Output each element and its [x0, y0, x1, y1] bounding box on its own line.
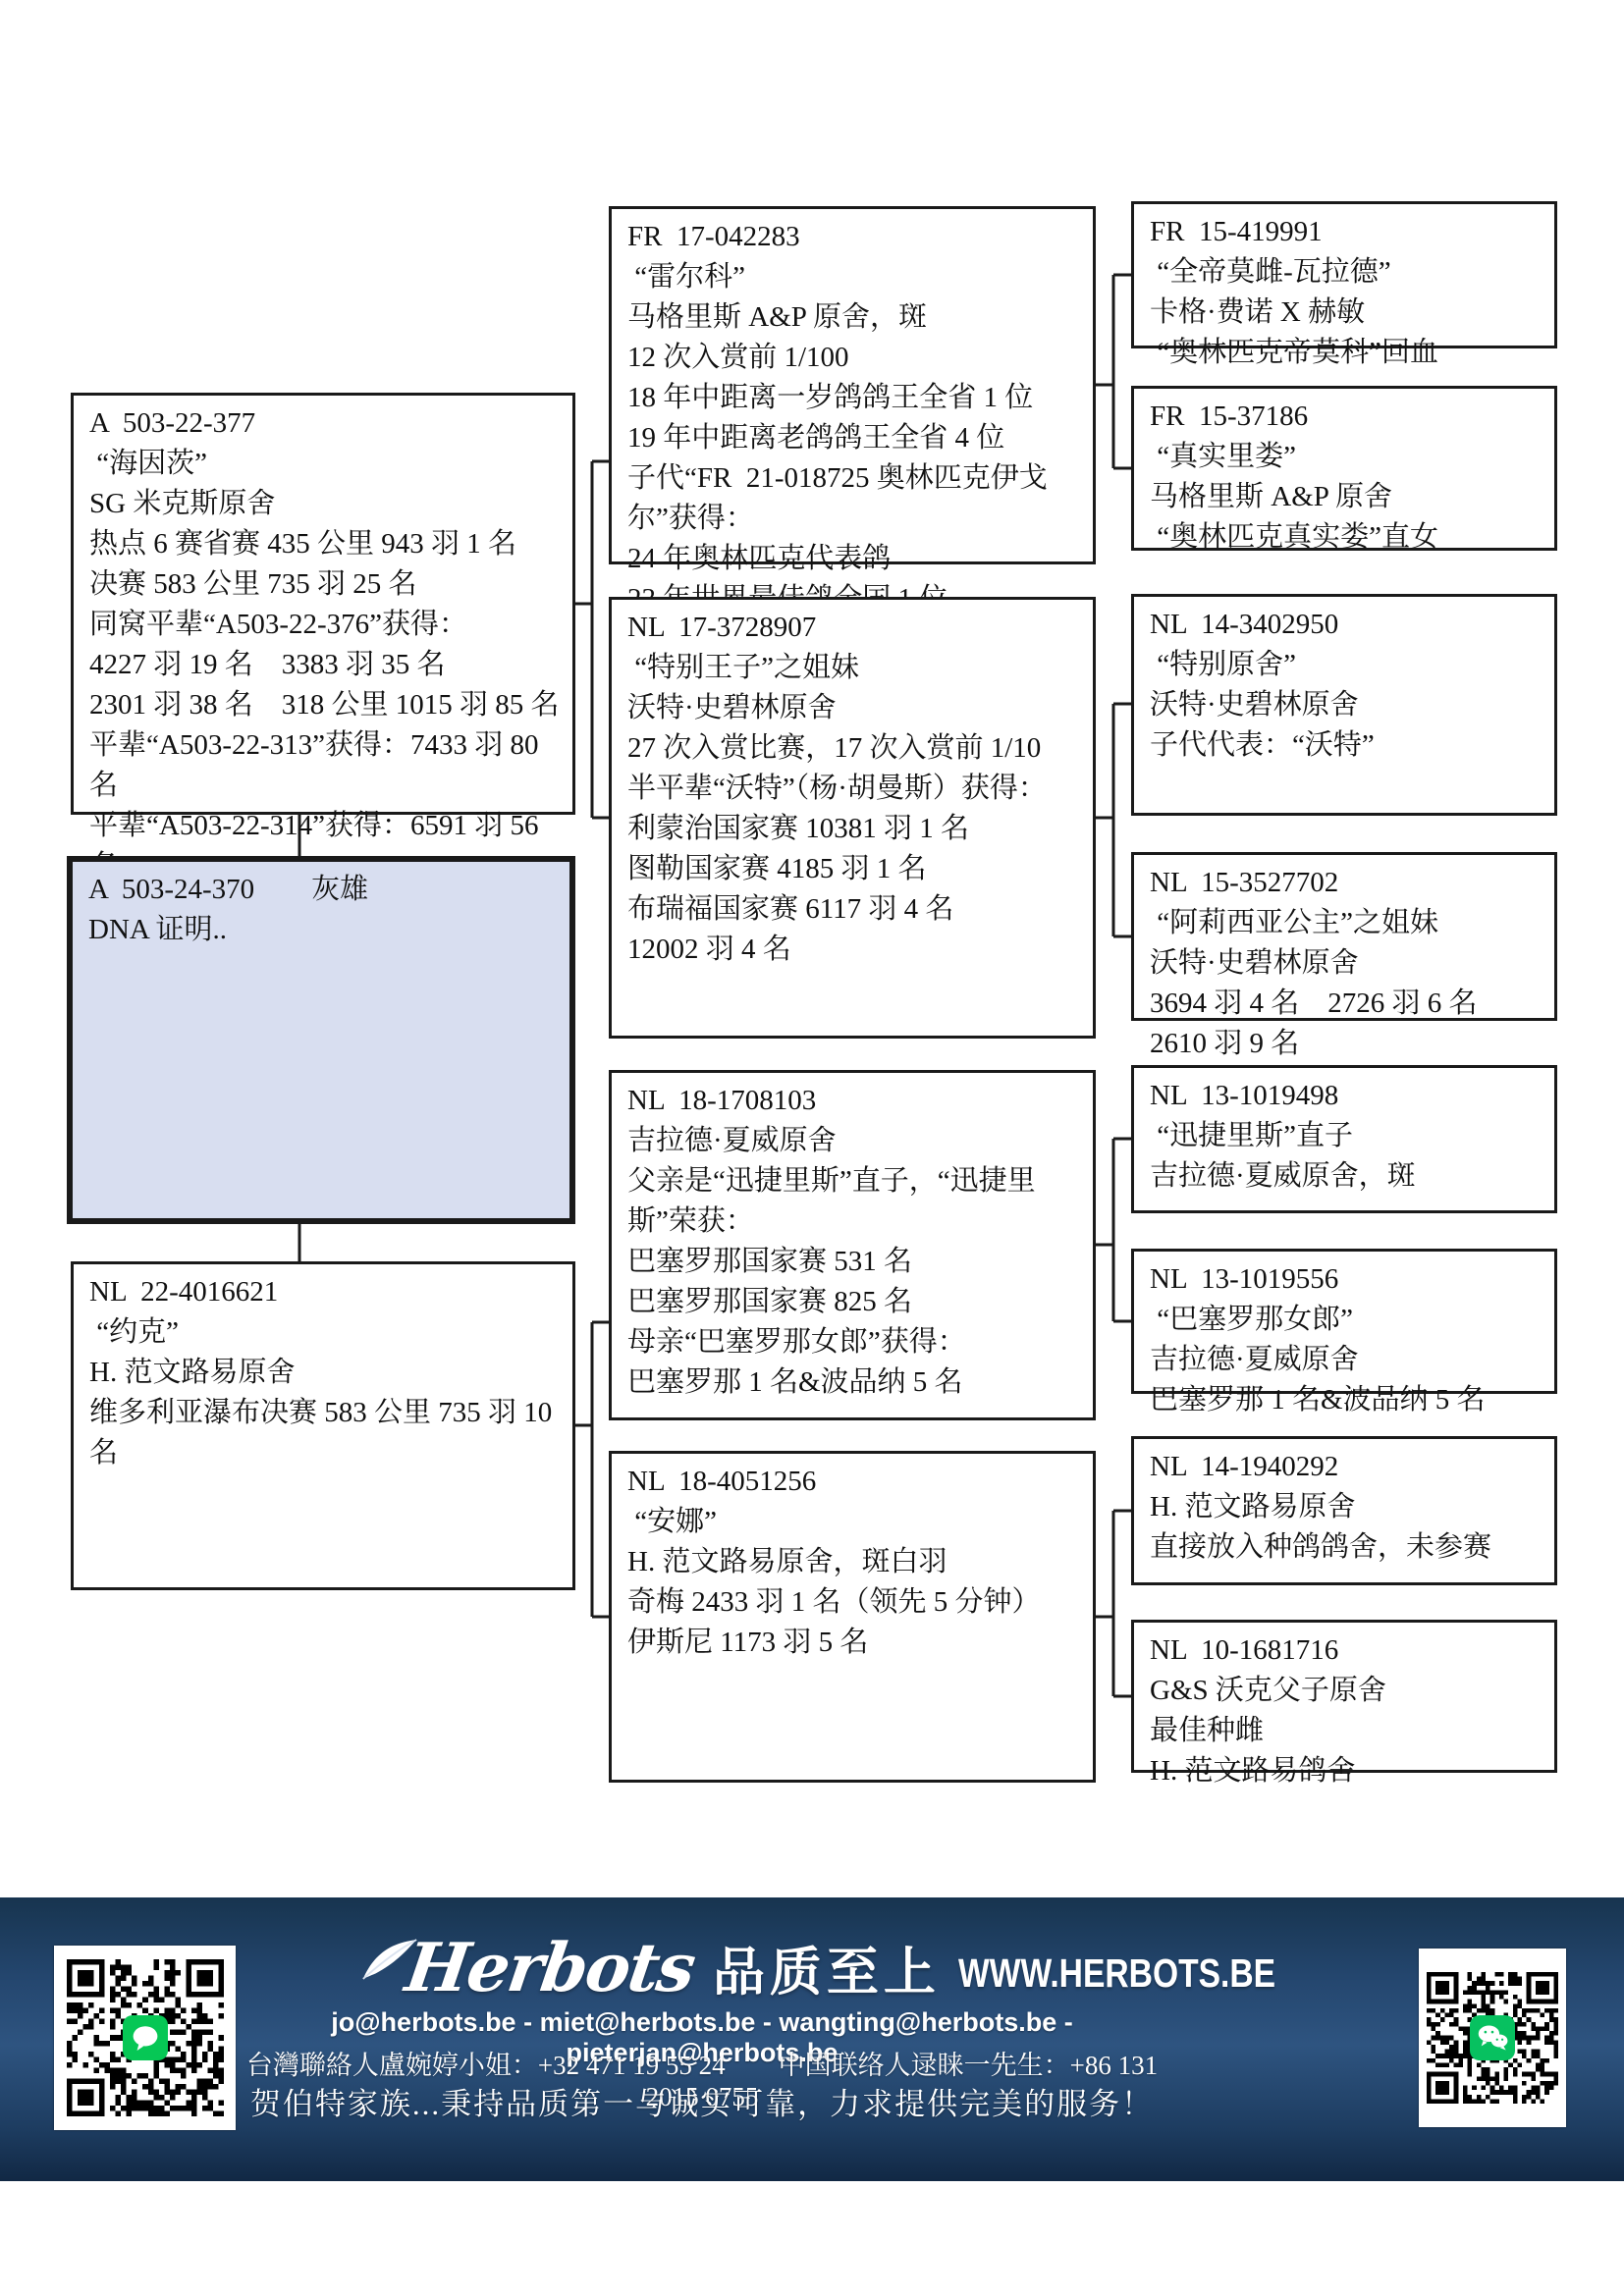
pedigree-text-line: 利蒙治国家赛 10381 羽 1 名: [627, 809, 1083, 849]
pedigree-text-line: 母亲“巴塞罗那女郎”获得：: [627, 1322, 1083, 1362]
pedigree-text-line: NL 14-1940292: [1150, 1447, 1544, 1487]
pedigree-text-line: G&S 沃克父子原舍: [1150, 1671, 1544, 1711]
line-app-icon: [123, 2015, 168, 2060]
pedigree-text-line: 3694 羽 4 名 2726 羽 6 名 2610 羽 9 名: [1150, 984, 1544, 1064]
pedigree-text-line: 最佳种雌: [1150, 1711, 1544, 1751]
qr-code-left: [54, 1946, 236, 2130]
pedigree-text-line: 27 次入赏比赛，17 次入赏前 1/10: [627, 728, 1083, 769]
brand-slogan: 品质至上: [713, 1931, 941, 2005]
pedigree-text-line: 巴塞罗那国家赛 531 名: [627, 1242, 1083, 1282]
pedigree-text-line: 马格里斯 A&P 原舍，斑: [627, 297, 1083, 338]
pedigree-text-line: 半平辈“沃特”（杨·胡曼斯）获得：: [627, 769, 1083, 809]
pedigree-text-line: “约克”: [89, 1312, 563, 1353]
pedigree-text-line: “特别王子”之姐妹: [627, 648, 1083, 688]
pedigree-box-ggp-8: NL 10-1681716G&S 沃克父子原舍最佳种雌H. 范文路易鸽舍: [1131, 1620, 1557, 1773]
pedigree-text-line: 巴塞罗那 1 名&波品纳 5 名: [1150, 1380, 1544, 1420]
pedigree-text-line: NL 13-1019556: [1150, 1259, 1544, 1300]
pedigree-text-line: 吉拉德·夏威原舍: [1150, 1340, 1544, 1380]
qr-code-right: [1419, 1949, 1566, 2127]
pedigree-text-line: 伊斯尼 1173 羽 5 名: [627, 1623, 1083, 1663]
pedigree-text-line: H. 范文路易原舍: [89, 1353, 563, 1393]
pedigree-text-line: FR 15-419991: [1150, 212, 1544, 252]
pedigree-box-granddam-maternal: NL 18-4051256 “安娜”H. 范文路易原舍，斑白羽奇梅 2433 羽…: [609, 1451, 1096, 1783]
pedigree-text-line: 12 次入赏前 1/100: [627, 338, 1083, 378]
pedigree-text-line: 4227 羽 19 名 3383 羽 35 名: [89, 645, 563, 685]
pedigree-text-line: NL 10-1681716: [1150, 1630, 1544, 1671]
wechat-icon: [1470, 2015, 1515, 2060]
pedigree-text-line: 图勒国家赛 4185 羽 1 名: [627, 849, 1083, 889]
pedigree-text-line: NL 17-3728907: [627, 608, 1083, 648]
pedigree-text-line: H. 范文路易鸽舍: [1150, 1751, 1544, 1791]
pedigree-text-line: 决赛 583 公里 735 羽 25 名: [89, 564, 563, 605]
pedigree-text-line: 同窝平辈“A503-22-376”获得：: [89, 605, 563, 645]
pedigree-text-line: 卡格·费诺 X 赫敏: [1150, 293, 1544, 333]
pedigree-text-line: H. 范文路易原舍，斑白羽: [627, 1542, 1083, 1582]
pedigree-text-line: 12002 羽 4 名: [627, 930, 1083, 970]
pedigree-text-line: 沃特·史碧林原舍: [1150, 943, 1544, 984]
pedigree-text-line: DNA 证明..: [88, 910, 560, 950]
pedigree-text-line: SG 米克斯原舍: [89, 484, 563, 524]
pedigree-text-line: NL 18-1708103: [627, 1081, 1083, 1121]
pedigree-text-line: 吉拉德·夏威原舍: [627, 1121, 1083, 1161]
pedigree-text-line: NL 13-1019498: [1150, 1076, 1544, 1116]
pedigree-text-line: “奥林匹克帝莫科”回血: [1150, 333, 1544, 373]
pedigree-text-line: NL 22-4016621: [89, 1272, 563, 1312]
pedigree-text-line: H. 范文路易原舍: [1150, 1487, 1544, 1527]
pedigree-text-line: 马格里斯 A&P 原舍: [1150, 477, 1544, 517]
pedigree-text-line: FR 17-042283: [627, 217, 1083, 257]
pedigree-text-line: NL 15-3527702: [1150, 863, 1544, 903]
pedigree-text-line: 24 年奥林匹克代表鸽: [627, 539, 1083, 579]
pedigree-text-line: “雷尔科”: [627, 257, 1083, 297]
pedigree-box-ggp-5: NL 13-1019498 “迅捷里斯”直子吉拉德·夏威原舍，斑: [1131, 1065, 1557, 1213]
tagline: 贺伯特家族...秉持品质第一与诚实可靠，力求提供完美的服务！: [245, 2079, 1159, 2123]
herbots-logo: Herbots 品质至上 WWW.HERBOTS.BE: [361, 1921, 1345, 2015]
pedigree-text-line: 19 年中距离老鸽鸽王全省 4 位: [627, 418, 1083, 458]
pedigree-box-grandsire-paternal: FR 17-042283 “雷尔科”马格里斯 A&P 原舍，斑12 次入赏前 1…: [609, 206, 1096, 564]
pedigree-text-line: 维多利亚瀑布决赛 583 公里 735 羽 10 名: [89, 1393, 563, 1473]
pedigree-text-line: NL 18-4051256: [627, 1462, 1083, 1502]
pedigree-text-line: 直接放入种鸽鸽舍，未参赛: [1150, 1527, 1544, 1568]
pedigree-text-line: 巴塞罗那国家赛 825 名: [627, 1282, 1083, 1322]
pedigree-text-line: 沃特·史碧林原舍: [1150, 685, 1544, 725]
pedigree-text-line: “全帝莫雌-瓦拉德”: [1150, 252, 1544, 293]
pedigree-text-line: “迅捷里斯”直子: [1150, 1116, 1544, 1156]
pedigree-text-line: “海因茨”: [89, 444, 563, 484]
pedigree-box-ggp-3: NL 14-3402950 “特别原舍”沃特·史碧林原舍子代代表：“沃特”: [1131, 594, 1557, 816]
pedigree-text-line: “奥林匹克真实娄”直女: [1150, 517, 1544, 558]
pedigree-text-line: 布瑞福国家赛 6117 羽 4 名: [627, 889, 1083, 930]
pedigree-text-line: 平辈“A503-22-313”获得：7433 羽 80 名: [89, 725, 563, 806]
pedigree-text-line: “特别原舍”: [1150, 645, 1544, 685]
pedigree-box-dam: NL 22-4016621 “约克”H. 范文路易原舍维多利亚瀑布决赛 583 …: [71, 1261, 575, 1590]
pedigree-box-ggp-2: FR 15-37186 “真实里娄”马格里斯 A&P 原舍 “奥林匹克真实娄”直…: [1131, 386, 1557, 551]
pedigree-text-line: NL 14-3402950: [1150, 605, 1544, 645]
pedigree-text-line: “巴塞罗那女郎”: [1150, 1300, 1544, 1340]
footer: Herbots 品质至上 WWW.HERBOTS.BE jo@herbots.b…: [0, 1897, 1624, 2181]
pedigree-box-subject: A 503-24-370 灰雄DNA 证明..: [67, 856, 575, 1224]
pedigree-text-line: 奇梅 2433 羽 1 名（领先 5 分钟）: [627, 1582, 1083, 1623]
pedigree-box-sire: A 503-22-377 “海因茨”SG 米克斯原舍热点 6 赛省赛 435 公…: [71, 393, 575, 815]
pedigree-text-line: 子代代表：“沃特”: [1150, 725, 1544, 766]
pedigree-box-ggp-7: NL 14-1940292H. 范文路易原舍直接放入种鸽鸽舍，未参赛: [1131, 1436, 1557, 1585]
pedigree-box-ggp-1: FR 15-419991 “全帝莫雌-瓦拉德”卡格·费诺 X 赫敏 “奥林匹克帝…: [1131, 201, 1557, 348]
pedigree-page: A 503-22-377 “海因茨”SG 米克斯原舍热点 6 赛省赛 435 公…: [0, 0, 1624, 2296]
brand-script: Herbots: [401, 1929, 698, 2007]
pedigree-text-line: A 503-24-370 灰雄: [88, 870, 560, 910]
pedigree-box-ggp-6: NL 13-1019556 “巴塞罗那女郎”吉拉德·夏威原舍巴塞罗那 1 名&波…: [1131, 1249, 1557, 1394]
pedigree-text-line: 18 年中距离一岁鸽鸽王全省 1 位: [627, 378, 1083, 418]
pedigree-text-line: 子代“FR 21-018725 奥林匹克伊戈尔”获得：: [627, 458, 1083, 539]
pedigree-text-line: 2301 羽 38 名 318 公里 1015 羽 85 名: [89, 685, 563, 725]
pedigree-text-line: “安娜”: [627, 1502, 1083, 1542]
pedigree-text-line: 父亲是“迅捷里斯”直子，“迅捷里斯”荣获：: [627, 1161, 1083, 1242]
pedigree-text-line: A 503-22-377: [89, 403, 563, 444]
pedigree-text-line: “真实里娄”: [1150, 437, 1544, 477]
pedigree-text-line: “阿莉西亚公主”之姐妹: [1150, 903, 1544, 943]
pedigree-text-line: 吉拉德·夏威原舍，斑: [1150, 1156, 1544, 1197]
pedigree-box-ggp-4: NL 15-3527702 “阿莉西亚公主”之姐妹沃特·史碧林原舍3694 羽 …: [1131, 852, 1557, 1021]
pedigree-text-line: 沃特·史碧林原舍: [627, 688, 1083, 728]
pedigree-box-grandsire-maternal: NL 18-1708103吉拉德·夏威原舍父亲是“迅捷里斯”直子，“迅捷里斯”荣…: [609, 1070, 1096, 1420]
pedigree-text-line: FR 15-37186: [1150, 397, 1544, 437]
pedigree-text-line: 热点 6 赛省赛 435 公里 943 羽 1 名: [89, 524, 563, 564]
website-url: WWW.HERBOTS.BE: [958, 1950, 1275, 1997]
pedigree-box-granddam-paternal: NL 17-3728907 “特别王子”之姐妹沃特·史碧林原舍27 次入赏比赛，…: [609, 597, 1096, 1039]
pedigree-text-line: 巴塞罗那 1 名&波品纳 5 名: [627, 1362, 1083, 1403]
